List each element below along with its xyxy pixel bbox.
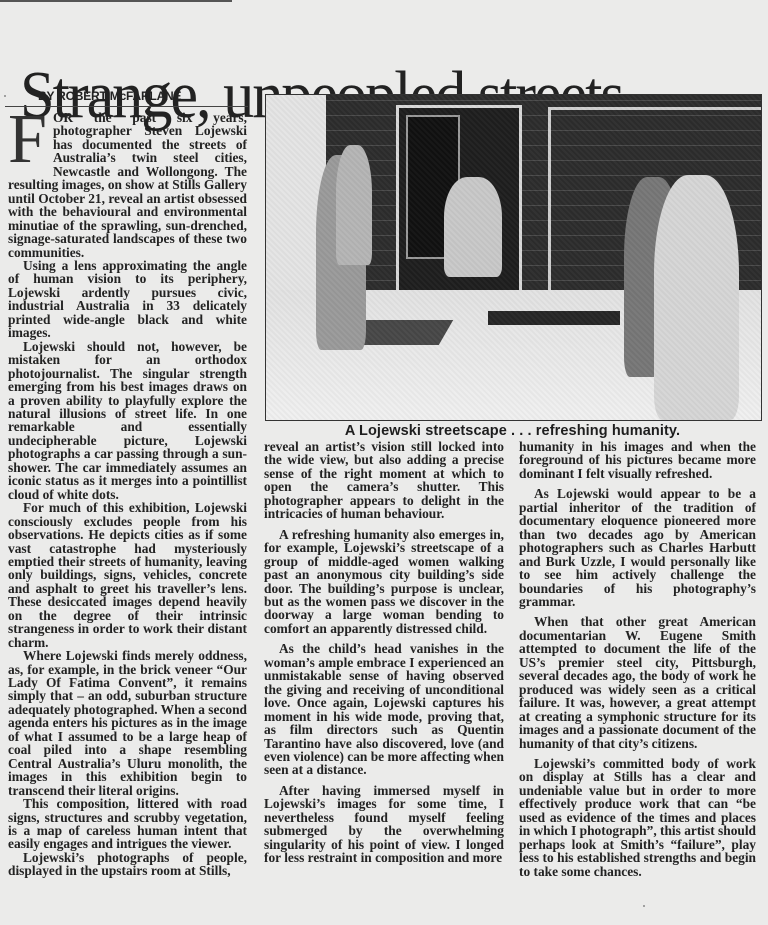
paragraph: Where Lojewski finds merely oddness, as,… (8, 649, 247, 797)
newspaper-page: Strange, unpeopled streets BY ROBERT McF… (0, 0, 768, 925)
halftone-grain (266, 95, 761, 420)
paragraph: humanity in his images and when the fore… (519, 440, 756, 480)
print-speck (643, 905, 645, 907)
photo-caption: A Lojewski streetscape . . . refreshing … (265, 423, 760, 439)
article-column-2: reveal an artist’s vision still locked i… (264, 440, 504, 865)
paragraph: Lojewski’s committed body of work on dis… (519, 757, 756, 878)
paragraph: As Lojewski would appear to be a partial… (519, 487, 756, 608)
previous-article-edge (0, 0, 768, 4)
paragraph: After having immersed myself in Lojewski… (264, 784, 504, 865)
top-rule (0, 0, 232, 2)
print-speck (4, 95, 6, 97)
paragraph: As the child’s head vanishes in the woma… (264, 642, 504, 777)
paragraph: Lojewski should not, however, be mistake… (8, 340, 247, 501)
paragraph: Lojewski’s photographs of people, displa… (8, 851, 247, 878)
paragraph: reveal an artist’s vision still locked i… (264, 440, 504, 521)
paragraph: When that other great American documenta… (519, 615, 756, 750)
byline: BY ROBERT McFARLANE (38, 89, 181, 103)
article-column-1: FOR the past six years, photographer Ste… (8, 111, 247, 878)
drop-cap: F (8, 113, 47, 167)
paragraph: Using a lens approximating the angle of … (8, 259, 247, 340)
paragraph: For much of this exhibition, Lojewski co… (8, 501, 247, 649)
article-column-3: humanity in his images and when the fore… (519, 440, 756, 878)
paragraph: A refreshing humanity also emerges in, f… (264, 528, 504, 636)
article-photo (265, 94, 762, 421)
paragraph-lead: FOR the past six years, photographer Ste… (8, 111, 247, 259)
paragraph: This composition, littered with road sig… (8, 797, 247, 851)
